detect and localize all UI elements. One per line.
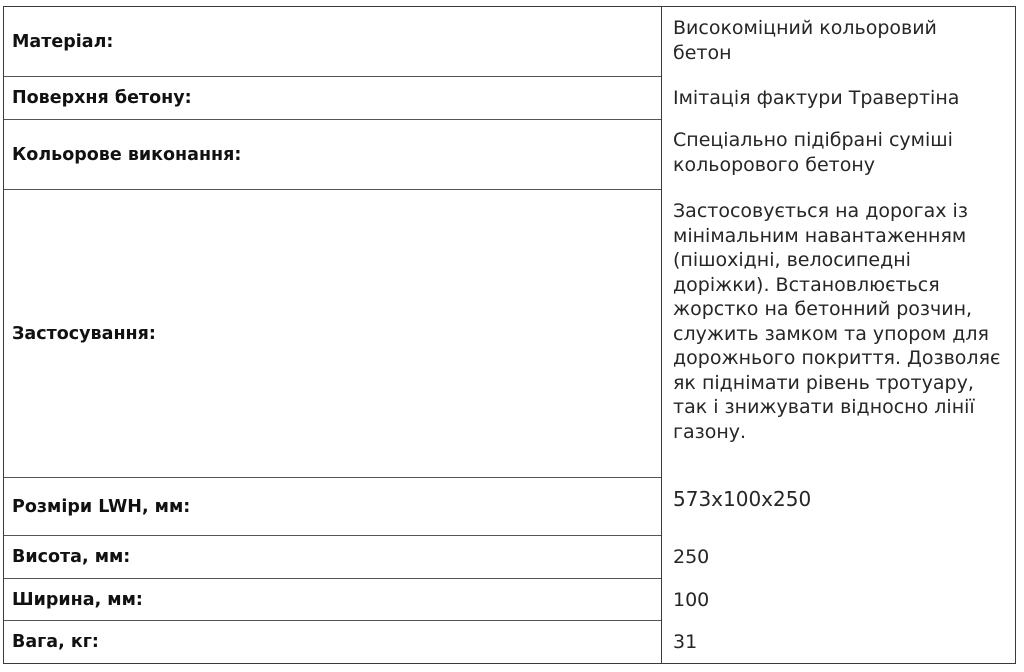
label-height: Висота, мм: [4,536,661,579]
label-weight: Вага, кг: [4,621,661,663]
value-surface: Імітація фактури Травертіна [673,86,1001,111]
label-dimensions: Розміри LWH, мм: [4,478,661,536]
label-material: Матеріал: [4,7,661,77]
value-application: Застосовується на дорогах із мінімальним… [673,199,1001,444]
labels-column: Матеріал: Поверхня бетону: Кольорове вик… [4,7,662,663]
value-weight: 31 [673,630,1001,655]
value-width: 100 [673,588,1001,613]
value-color: Спеціально підібрані суміші кольорового … [673,128,1001,177]
label-width: Ширина, мм: [4,579,661,621]
value-height: 250 [673,545,1001,570]
value-material: Високоміцний кольоровий бетон [673,16,1001,65]
label-surface: Поверхня бетону: [4,77,661,120]
specifications-table: Матеріал: Поверхня бетону: Кольорове вик… [3,6,1016,664]
values-column: Високоміцний кольоровий бетон Імітація ф… [663,7,1015,663]
label-application: Застосування: [4,190,661,478]
label-color: Кольорове виконання: [4,120,661,190]
value-dimensions: 573x100x250 [673,487,1001,512]
